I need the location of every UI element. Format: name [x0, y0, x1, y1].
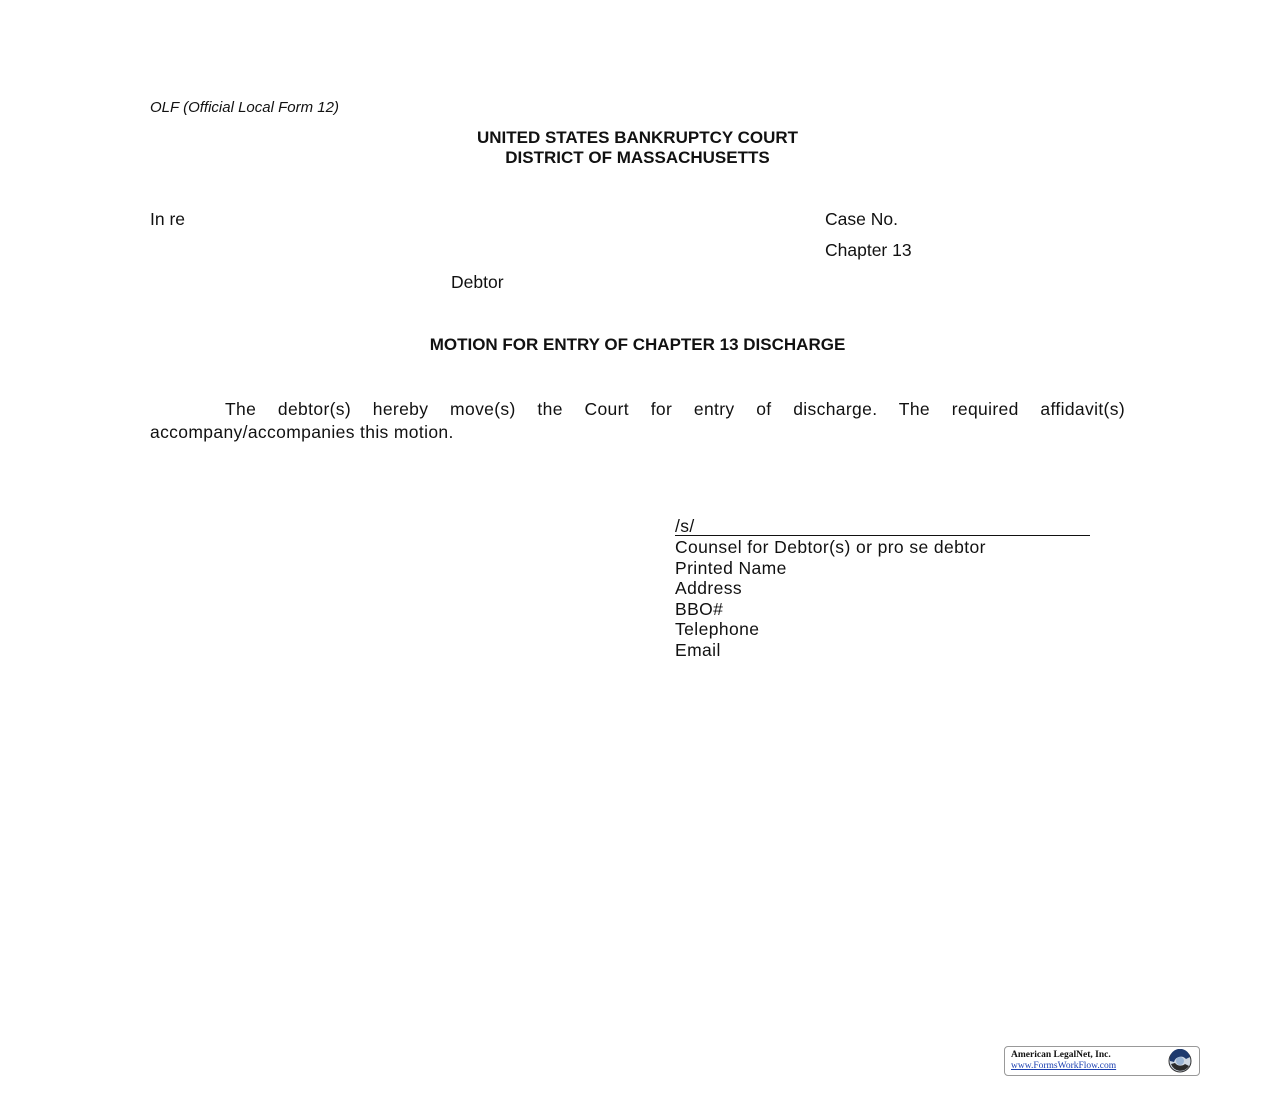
signature-email-label: Email [675, 640, 1095, 661]
case-number-label: Case No. [825, 209, 898, 230]
american-legalnet-badge[interactable]: American LegalNet, Inc. www.FormsWorkFlo… [1004, 1046, 1200, 1076]
motion-body: The debtor(s) hereby move(s) the Court f… [150, 398, 1125, 444]
signature-address-label: Address [675, 578, 1095, 599]
signature-line: /s/ [675, 516, 1095, 537]
badge-company-name: American LegalNet, Inc. [1011, 1050, 1111, 1060]
signature-prefix: /s/ [675, 516, 695, 537]
signature-block: /s/ Counsel for Debtor(s) or pro se debt… [675, 516, 1095, 660]
court-name: UNITED STATES BANKRUPTCY COURT [0, 128, 1275, 148]
in-re-label: In re [150, 209, 185, 230]
debtor-label: Debtor [451, 272, 504, 293]
signature-telephone-label: Telephone [675, 619, 1095, 640]
motion-title: MOTION FOR ENTRY OF CHAPTER 13 DISCHARGE [0, 335, 1275, 355]
court-district: DISTRICT OF MASSACHUSETTS [0, 148, 1275, 168]
globe-logo-icon [1165, 1049, 1195, 1073]
signature-counsel-label: Counsel for Debtor(s) or pro se debtor [675, 537, 1095, 558]
badge-url-link[interactable]: www.FormsWorkFlow.com [1011, 1061, 1116, 1071]
signature-printed-name-label: Printed Name [675, 558, 1095, 579]
chapter-label: Chapter 13 [825, 240, 912, 261]
motion-body-text: The debtor(s) hereby move(s) the Court f… [150, 399, 1125, 442]
form-identifier: OLF (Official Local Form 12) [150, 99, 339, 116]
signature-bbo-label: BBO# [675, 599, 1095, 620]
signature-underline [675, 535, 1090, 536]
